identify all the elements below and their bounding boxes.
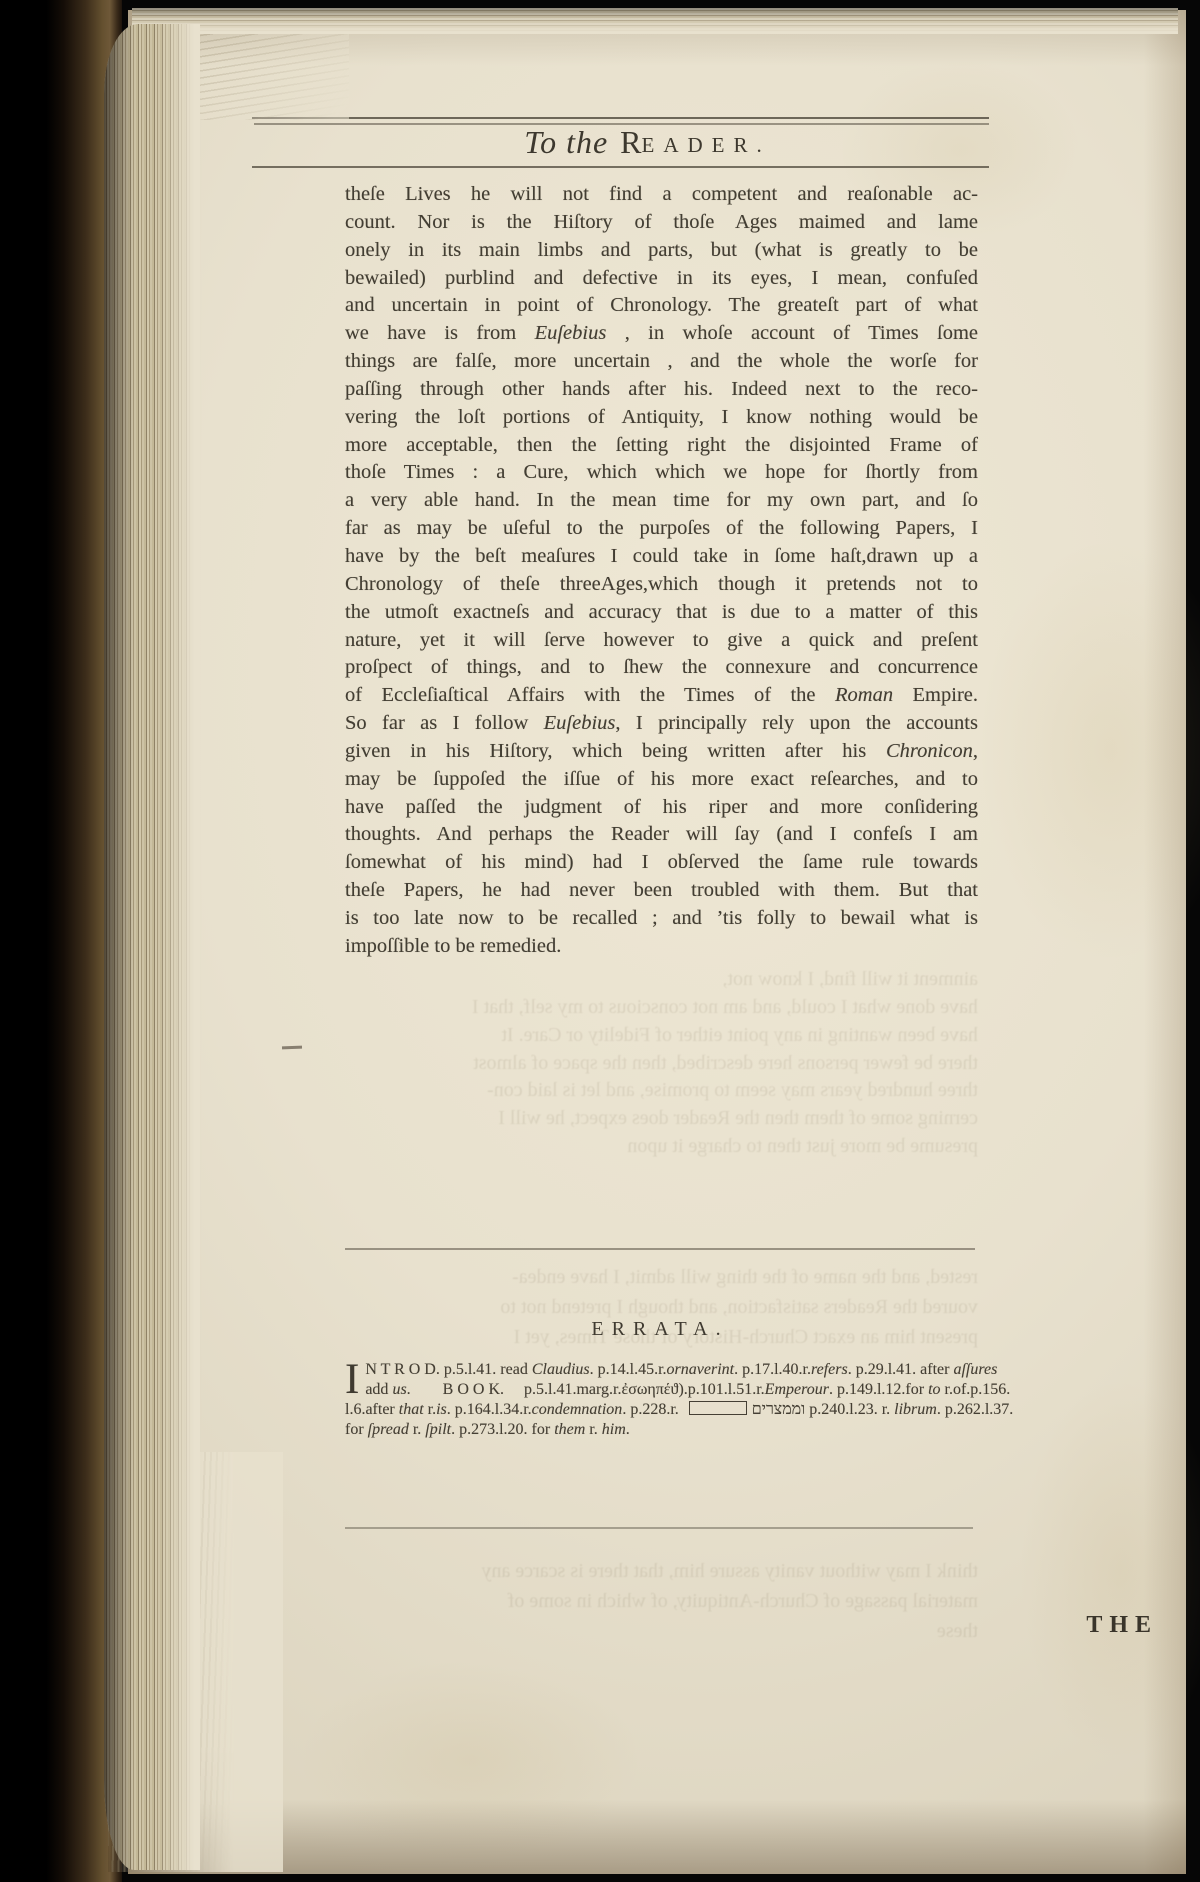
divider-rule-above-errata (345, 1248, 975, 1250)
header-rule-bottom (252, 166, 989, 168)
text-line: vering the loſt portions of Antiquity, I… (345, 404, 978, 432)
errata-paragraph: I N T R O D. p.5.l.41. read Claudius. p.… (345, 1360, 1165, 1440)
text-line: of Eccleſiaſtical Affairs with the Times… (345, 682, 978, 710)
text-line: may be ſuppoſed the iſſue of his more ex… (345, 766, 978, 794)
catchword: THE (1086, 1612, 1158, 1639)
page-edges-left (104, 24, 200, 1870)
body-paragraph: theſe Lives he will not find a competent… (345, 181, 978, 961)
page-edges-top (132, 8, 1178, 34)
errata-lines: N T R O D. p.5.l.41. read Claudius. p.14… (345, 1360, 1165, 1440)
text-line: N T R O D. p.5.l.41. read Claudius. p.14… (345, 1360, 1165, 1380)
book-photo: ainment it will find, I know not,have do… (0, 0, 1200, 1882)
text-line: more acceptable, then the ſetting right … (345, 432, 978, 460)
divider-rule-below-errata (345, 1527, 973, 1529)
bleedthrough-text: think I may without vanity assure him, t… (345, 1556, 978, 1646)
text-line: nature, yet it will ſerve however to giv… (345, 627, 978, 655)
text-line: thoſe Times : a Cure, which which we hop… (345, 459, 978, 487)
text-line: is too late now to be recalled ; and ’ti… (345, 905, 978, 933)
header-title-italic: To the (524, 124, 608, 160)
boxed-blank (689, 1401, 747, 1415)
text-line: and uncertain in point of Chronology. Th… (345, 292, 978, 320)
text-line: proſpect of things, and to ſhew the conn… (345, 654, 978, 682)
errata-drop-cap: I (345, 1360, 365, 1400)
text-line: thoughts. And perhaps the Reader will ſa… (345, 821, 978, 849)
text-line: Chronology of theſe threeAges,which thou… (345, 571, 978, 599)
text-line: theſe Lives he will not find a competent… (345, 181, 978, 209)
text-line: l.6.after that r.is. p.164.l.34.r.condem… (345, 1400, 1165, 1420)
text-line: paſſing through other hands after his. I… (345, 376, 978, 404)
text-line: count. Nor is the Hiſtory of thoſe Ages … (345, 209, 978, 237)
text-line: have paſſed the judgment of his riper an… (345, 794, 978, 822)
text-line: So far as I follow Euſebius, I principal… (345, 710, 978, 738)
text-line: ſomewhat of his mind) had I obſerved the… (345, 849, 978, 877)
bleedthrough-text: ainment it will find, I know not,have do… (345, 966, 978, 1161)
text-line: the utmoſt exactneſs and accuracy that i… (345, 599, 978, 627)
text-line: add us. B O O K. p.5.l.41.marg.r.ἐσωηπέϑ… (345, 1380, 1165, 1400)
header-reader-caps: EADER. (642, 133, 771, 157)
text-line: impoſſible to be remedied. (345, 933, 978, 961)
text-line: onely in its main limbs and parts, but (… (345, 237, 978, 265)
text-line: things are falſe, more uncertain , and t… (345, 348, 978, 376)
text-line: given in his Hiſtory, which being writte… (345, 738, 978, 766)
header-rule-top (252, 117, 989, 119)
text-line: for ſpread r. ſpilt. p.273.l.20. for the… (345, 1420, 1165, 1440)
text-line: a very able hand. In the mean time for m… (345, 487, 978, 515)
text-line: bewailed) purblind and defective in its … (345, 265, 978, 293)
text-line: far as may be uſeful to the purpoſes of … (345, 515, 978, 543)
text-line: have by the beſt meaſures I could take i… (345, 543, 978, 571)
text-line: theſe Papers, he had never been troubled… (345, 877, 978, 905)
page-header: To theREADER. (252, 124, 989, 166)
errata-heading: ERRATA. (345, 1318, 975, 1341)
header-reader-initial: R (620, 124, 641, 160)
text-line: we have is from Euſebius , in whoſe acco… (345, 320, 978, 348)
